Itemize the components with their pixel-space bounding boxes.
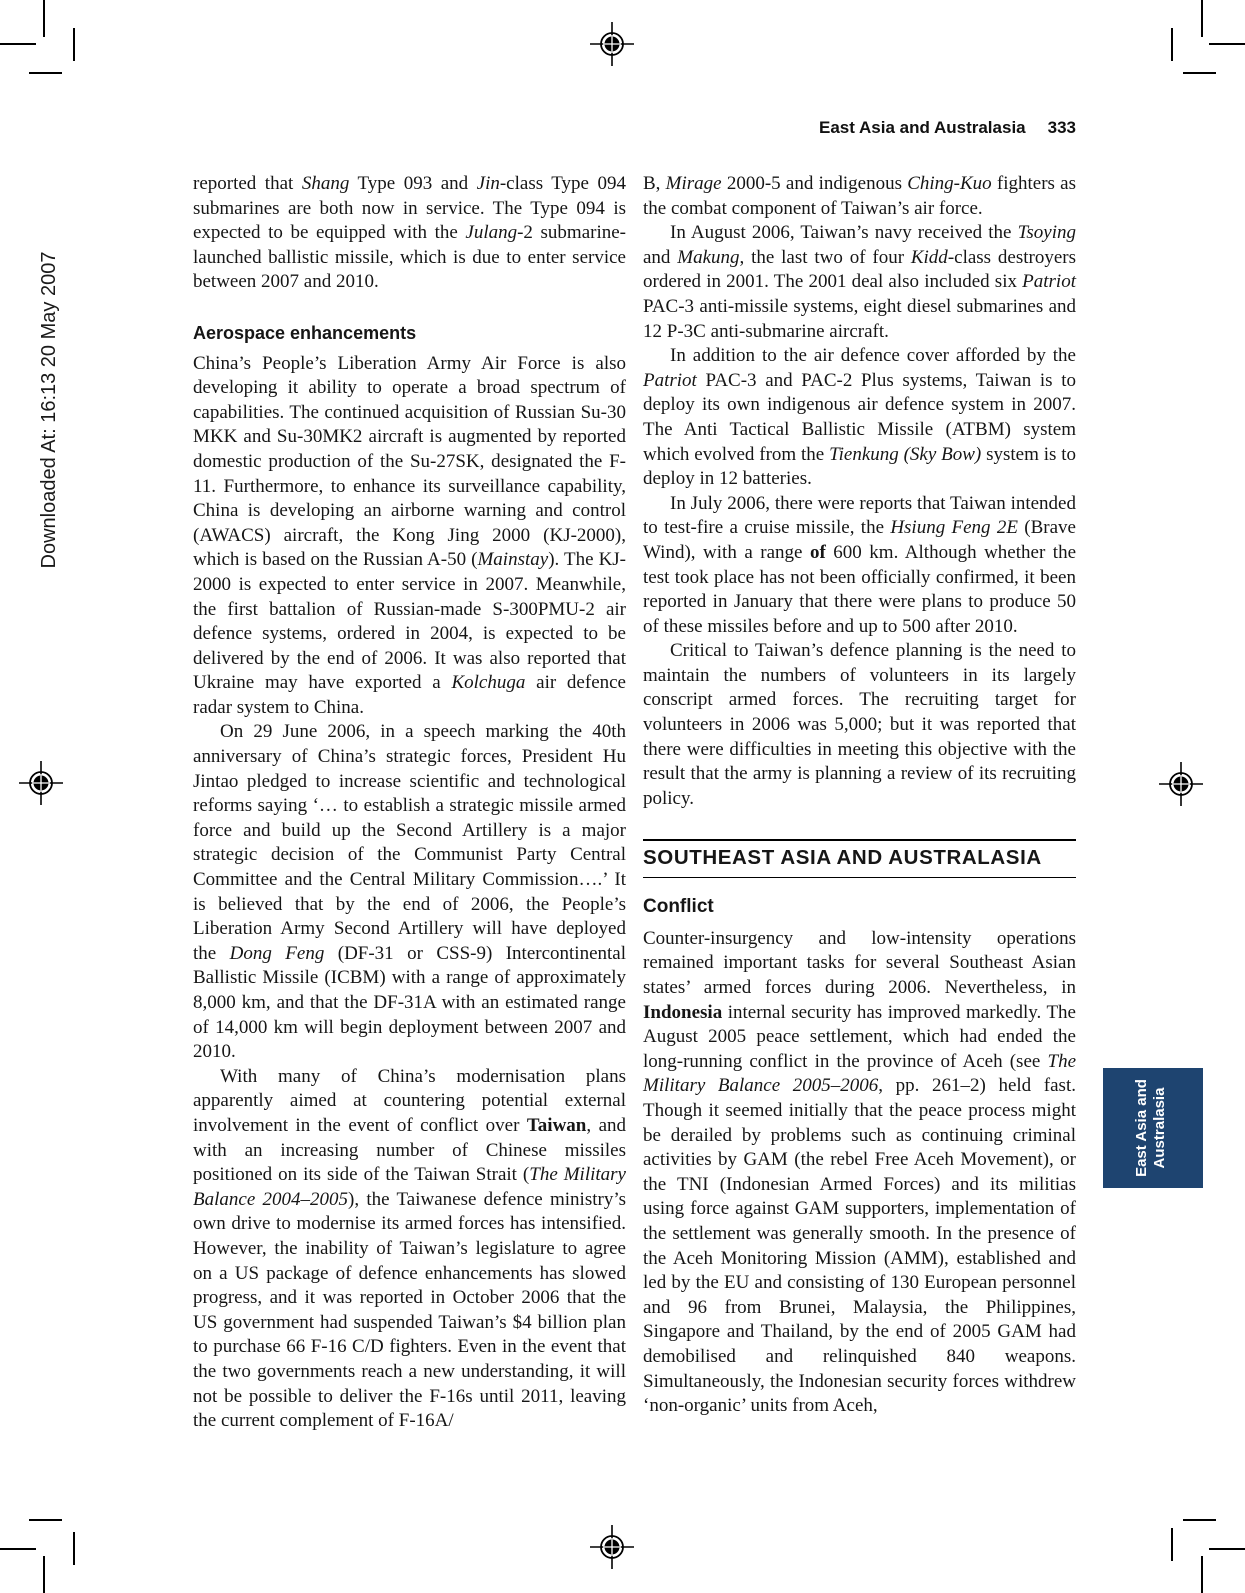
crop-mark-line	[73, 1532, 75, 1565]
registration-mark-icon	[590, 1525, 634, 1569]
crop-mark-line	[0, 43, 36, 45]
crop-mark-line	[1209, 1548, 1245, 1550]
crop-mark-line	[1201, 1556, 1203, 1593]
paragraph: China’s People’s Liberation Army Air For…	[193, 352, 626, 721]
subsection-heading-conflict: Conflict	[643, 895, 1076, 920]
page-number: 333	[1048, 118, 1076, 137]
heading-rule-bottom	[643, 877, 1076, 879]
crop-mark-line	[29, 1519, 62, 1521]
section-heading: SOUTHEAST ASIA AND AUSTRALASIA	[643, 841, 1076, 877]
page-header: East Asia and Australasia333	[643, 118, 1076, 138]
crop-mark-line	[43, 1556, 45, 1593]
paragraph: On 29 June 2006, in a speech marking the…	[193, 720, 626, 1064]
running-head: East Asia and Australasia	[819, 118, 1026, 137]
registration-mark-icon	[19, 761, 63, 805]
paragraph: With many of China’s modernisation plans…	[193, 1065, 626, 1434]
section-heading-block: SOUTHEAST ASIA AND AUSTRALASIA	[643, 839, 1076, 878]
crop-mark-line	[1201, 0, 1203, 37]
left-column: reported that Shang Type 093 and Jin-cla…	[193, 172, 626, 1434]
paragraph: reported that Shang Type 093 and Jin-cla…	[193, 172, 626, 295]
paragraph: In July 2006, there were reports that Ta…	[643, 492, 1076, 640]
paragraph: In August 2006, Taiwan’s navy received t…	[643, 221, 1076, 344]
section-tab-line1: East Asia and	[1133, 1068, 1151, 1188]
crop-mark-line	[43, 0, 45, 37]
subsection-heading-aerospace: Aerospace enhancements	[193, 321, 626, 346]
right-column: B, Mirage 2000-5 and indigenous Ching-Ku…	[643, 172, 1076, 1419]
scanned-book-page: Downloaded At: 16:13 20 May 2007 East As…	[0, 0, 1245, 1593]
paragraph: In addition to the air defence cover aff…	[643, 344, 1076, 492]
paragraph: B, Mirage 2000-5 and indigenous Ching-Ku…	[643, 172, 1076, 221]
crop-mark-line	[73, 28, 75, 61]
crop-mark-line	[1171, 28, 1173, 61]
crop-mark-line	[1209, 43, 1245, 45]
section-tab-label: East Asia and Australasia	[1133, 1068, 1173, 1188]
paragraph: Critical to Taiwan’s defence planning is…	[643, 639, 1076, 811]
section-tab-line2: Australasia	[1151, 1068, 1169, 1188]
download-watermark: Downloaded At: 16:13 20 May 2007	[29, 215, 69, 605]
section-tab: East Asia and Australasia	[1103, 1068, 1203, 1188]
crop-mark-line	[1183, 72, 1216, 74]
crop-mark-line	[1171, 1528, 1173, 1561]
crop-mark-line	[1183, 1519, 1216, 1521]
crop-mark-line	[0, 1548, 36, 1550]
paragraph: Counter-insurgency and low-intensity ope…	[643, 927, 1076, 1419]
registration-mark-icon	[590, 22, 634, 66]
crop-mark-line	[29, 72, 62, 74]
registration-mark-icon	[1159, 762, 1203, 806]
